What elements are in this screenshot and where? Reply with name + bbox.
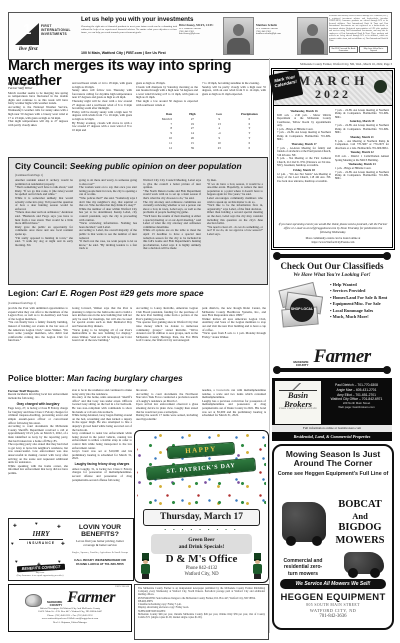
calendar-submission-note: If you have upcoming events you would li… <box>278 223 388 234</box>
basin-web: Web page: basinbrokers.com <box>324 406 389 410</box>
police-text-2a: sion to be in the residence and continue… <box>72 389 132 461</box>
benefit-icon: ♥ <box>11 541 14 546</box>
city-council-article-box: City Council: Seeking public opinion on … <box>8 157 268 285</box>
brand-tagline: live first <box>19 46 37 52</box>
ad-headline: Let us help you with your investments <box>81 16 241 23</box>
farmer-logo-word: Farmer <box>67 591 115 605</box>
heggen-note: Commercial and residential zero-turn mow… <box>280 558 326 577</box>
classifieds-farmer-logo: McKENZIE COUNTY Farmer <box>272 348 392 367</box>
brand-and: And <box>332 511 388 521</box>
community-calendar-box: MARCH 2022 Mark Your Calendars! Wednesda… <box>273 70 393 248</box>
police-subhead-2: Laughy facing felony drug charges <box>72 462 132 466</box>
list-item: 7 p.m. - 24-Hr. AA Group meeting at Nort… <box>335 124 389 134</box>
ad-disclosure-text: Securities and advisory services offered… <box>329 15 388 45</box>
basin-agent-list: Paul Dietrich – 701-770-6308Angie Mae – … <box>324 383 389 410</box>
specials-text: Green Beer and Drink Specials! <box>151 534 252 554</box>
dm-business-name: D & M's Office <box>135 553 268 565</box>
city-council-col-2: going to sit there and worry, is someone… <box>79 179 137 280</box>
calendar-events-left: Wednesday, March 166:00 a.m. - 2:40 p.m.… <box>277 109 331 221</box>
benefit-icon: ✚ <box>13 523 17 529</box>
list-item: 8 p.m. - AA Meeting at Northern Pump & C… <box>335 140 389 150</box>
basin-tagline: YOUR VOICE IN REAL ESTATE <box>275 408 321 410</box>
farmer-logo-word: Farmer <box>313 348 370 365</box>
police-col-1: Farmer Staff Reports Recent incidents in… <box>8 389 68 515</box>
publisher-info-text: The McKenzie County Farmer is an indepen… <box>138 587 265 637</box>
usps-number: USPS 338-500 <box>115 586 129 588</box>
ihry-brand-sub: INSURANCE <box>19 539 63 545</box>
benefit-icon: ♥ <box>35 521 38 526</box>
scroll-bar-top <box>279 254 385 258</box>
newspaper-stack-image: SHOP LOCAL <box>278 282 328 338</box>
agent2-photo <box>297 17 328 55</box>
agent1-meta: LPL Financial Advisor (701) 842-2381 bri… <box>179 28 223 37</box>
ihry-ad-body: Let us find you better pricing, better c… <box>71 540 129 548</box>
farmer-logo: McKENZIE COUNTY Farmer <box>13 589 127 607</box>
calendar-online-note: More community events can be found onlin… <box>278 237 388 245</box>
column-divider <box>269 58 270 633</box>
police-subhead-1: Gray charged with burglary <box>8 402 68 406</box>
list-item: 7 p.m. - 24-Hr. AA Group meeting at Nort… <box>335 171 389 181</box>
weather-table: Date High Low Precipitation March 627907… <box>138 112 266 150</box>
heggen-equipment-ad: Mowing Season Is Just Around The Corner … <box>272 444 394 630</box>
police-col-3: his arrest. According to court documents… <box>136 389 198 427</box>
classified-category: Much, Much More! <box>330 314 390 320</box>
event-date: Thursday, March 17 <box>143 509 260 526</box>
heggen-name: HEGGEN EQUIPMENT <box>274 592 392 603</box>
list-item: 9:45 a.m. - District 1 CattleWomen Annua… <box>335 155 389 162</box>
city-council-kicker: City Council: <box>15 161 67 171</box>
weather-col-2: and northwest winds of 14 to 18 mph, wit… <box>72 82 132 154</box>
disclosure-badge: May Lose Value Not a Deposit <box>359 46 388 53</box>
police-text-2b: Amox Laughy, 31, is facing two Class C F… <box>72 468 132 482</box>
city-council-subtitle: Seeking public opinion on deer populatio… <box>67 161 241 171</box>
scroll-bar-bottom <box>279 368 385 372</box>
heggen-ad-title: Mowing Season Is Just Around The Corner <box>274 450 392 469</box>
list-item: 12 p.m. - "We Are Not Saints" AA Meeting… <box>277 173 331 183</box>
legion-continued-note: (Continued from Page 1) <box>8 302 36 305</box>
shop-local-badge: SHOP LOCAL <box>290 298 314 322</box>
brand-mowers: MOWERS <box>332 534 388 547</box>
agent2-name: Matthew Schultz <box>256 23 277 27</box>
city-council-col-4: by then. "If we do have a bow season, it… <box>207 179 263 280</box>
benefit-icon: ✚ <box>57 524 61 530</box>
classifieds-title: Check Out Our Classifieds <box>272 261 392 271</box>
basin-brokers-logo: Basin Brokers YOUR VOICE IN REAL ESTATE <box>275 381 321 424</box>
newspaper-page: 1 FIRST INTERNATIONAL INVESTMENTS live f… <box>0 0 400 643</box>
ihry-ad-groups: Singles, Spouses, Families, Agriculture … <box>71 551 129 554</box>
ad-footer-address: 100 N Main, Watford City | FIBT.com | Se… <box>81 51 251 55</box>
farmer-logo-county: McKENZIE COUNTY <box>293 361 308 367</box>
brand-bobcat: BOBCAT <box>332 498 388 511</box>
page-identifier: McKenzie County Farmer, Watford City, ND… <box>213 62 392 66</box>
mower-image-small <box>344 552 384 574</box>
ihry-ad-headline: LOVIN YOUR BENEFITS? <box>71 524 129 539</box>
dm-office-ad: HAPPY ST. PATRICK'S DAY Thursday, March … <box>134 430 269 583</box>
list-item: 8 p.m. - NA Meeting at the First Luthera… <box>277 157 331 167</box>
legion-col-1: provide the Post with unlimited opportun… <box>8 307 68 369</box>
agent1-photo <box>223 17 254 55</box>
police-kicker: Police blotter: <box>8 373 65 383</box>
agent2-meta: LPL Financial Advisor (701) 842-2381 mat… <box>256 28 300 37</box>
basin-brand-2: Brokers <box>275 400 321 409</box>
police-intro: Recent incidents involving local law enf… <box>8 393 68 400</box>
ihry-insurance-ad: ✚♥✚♥✚♥✚♥ IHRY INSURANCE BENEFITS CONNECT… <box>8 518 134 581</box>
city-council-col-1: Another resident asked if archery would … <box>15 179 73 280</box>
top-ad-banner: 1 FIRST INTERNATIONAL INVESTMENTS live f… <box>8 12 392 60</box>
contact-line: Neal A. Shipman, Editor/Manager <box>12 621 128 624</box>
legion-col-2: Going forward, Walker says that the Post… <box>72 307 132 369</box>
police-blotter-headline: Police blotter: Man facing burglary char… <box>8 373 266 383</box>
ihry-logo: IHRY INSURANCE <box>19 531 63 545</box>
city-council-col-3: Watford City City Council Meeting, Lebel… <box>143 179 201 280</box>
agent2-info: Matthew SchultzLPL Financial Advisor (70… <box>256 24 300 36</box>
farmer-contact-lines: Official Newspaper Of Watford City And M… <box>12 607 128 624</box>
weather-col-3: gusts as high as 18 mph. Clouds will dis… <box>136 82 198 111</box>
weather-table-row: 1239230 <box>138 146 266 151</box>
heggen-phone: 701-842-3636 <box>274 614 392 619</box>
legion-col-4: park districts, the new Rough Rider Cent… <box>202 307 266 369</box>
service-pill: We Service All Mowers We Sell! <box>280 579 386 589</box>
agent1-name: Brin Chaney, MCFS, CLTC <box>179 23 214 27</box>
police-text-1: Eage Gray, 27, is facing a Class B Felon… <box>8 407 68 475</box>
heggen-street: 805 SOUTH MAIN STREET <box>274 603 392 607</box>
police-col-4: needles, a Coca-Cola can with methamphet… <box>202 389 266 427</box>
brand-name: FIRST INTERNATIONAL INVESTMENTS <box>41 24 81 36</box>
logo-numeral: 1 <box>23 21 31 38</box>
leprechaun-icon <box>139 553 152 579</box>
list-item: 7 p.m. - Al-Anon Meeting for family and … <box>277 147 331 157</box>
dot-divider: • • • • • • • • • <box>135 527 268 532</box>
list-item: 7 p.m. - 24-Hr. AA Group meeting at Nort… <box>277 131 331 141</box>
farmer-masthead-box: USPS 338-500 McKENZIE COUNTY Farmer Offi… <box>8 584 132 632</box>
mower-brands: BOBCAT And BIGDOG MOWERS <box>332 498 388 548</box>
dm-city: Watford City, ND <box>135 572 268 577</box>
classifieds-house-ad: Check Out Our Classifieds We Have What Y… <box>272 252 392 374</box>
calendar-ornament-icon <box>374 80 387 93</box>
weather-col-4: 7 to 10 mph, becoming sunshine in the ev… <box>202 82 266 111</box>
classifieds-bullet-list: Help WantedServices ProvidedHomes/Land F… <box>330 282 390 321</box>
legion-kicker: Legion: <box>8 288 39 298</box>
ihry-brand-name: IHRY <box>19 531 63 538</box>
legion-subtitle: Carl E. Rogen Post #29 gets more space <box>39 288 204 298</box>
basin-properties-tagline: Residential, Land, & Commercial Properti… <box>272 433 392 441</box>
weather-col-1: By Ashleigh Plemper Farmer Staff Writer … <box>8 82 68 154</box>
continued-note: (Continued from Page 1) <box>15 174 43 177</box>
mower-image <box>282 502 326 542</box>
weather-text: March weather seems to be merging late s… <box>8 92 68 128</box>
leprechaun-icon <box>251 553 264 579</box>
legion-headline: Legion: Carl E. Rogen Post #29 gets more… <box>8 288 266 298</box>
basin-info-strip: Full information online at basinbrokers.… <box>272 425 392 432</box>
benefit-icon: ♥ <box>15 559 18 564</box>
police-subtitle: Man facing burglary charges <box>65 373 183 383</box>
ad-body-text: Choosing the right mix of financial prod… <box>81 25 177 49</box>
brand-bigdog: BIGDOG <box>332 521 388 534</box>
ihry-call-to-action: CALL BRADY WEISENBERGER OR DUANE LARCH A… <box>71 559 129 567</box>
dm-phone: Phone 842-4132 <box>135 566 268 571</box>
heggen-city: WATFORD CITY, ND <box>274 608 392 613</box>
list-item: 7 p.m. - 24-Hr. AA Group meeting at Nort… <box>335 109 389 119</box>
publisher-info-box: The McKenzie County Farmer is an indepen… <box>134 584 269 640</box>
basin-brokers-ad: Basin Brokers YOUR VOICE IN REAL ESTATE … <box>272 378 392 441</box>
legion-col-3: According to Lanay Renville, American Le… <box>136 307 198 369</box>
rolled-newspaper-icon <box>25 594 42 607</box>
city-council-headline: City Council: Seeking public opinion on … <box>15 161 261 171</box>
calendar-events-right: 7 p.m. - 24-Hr. AA Group meeting at Nort… <box>335 109 389 221</box>
ihry-web-note: ihry.com (Ihry Insurance is an equal opp… <box>13 571 67 577</box>
police-col-2: sion to be in the residence and continue… <box>72 389 132 515</box>
disclosure-badge: Not FDIC Insured No Bank Guarantee <box>329 46 358 53</box>
heggen-ad-subtitle: Come see Heggen Equipment's Full Line of <box>274 471 392 477</box>
ad-disclosure-badges: Not FDIC Insured No Bank GuaranteeMay Lo… <box>329 46 388 53</box>
weather-table-body: March 627907191308274T914-4T10269T111510… <box>138 117 266 151</box>
classifieds-subtitle: We Have What You're Looking For! <box>272 272 392 278</box>
weather-byline-title: Farmer Staff Writer <box>8 86 68 90</box>
list-item: 6:00 a.m. - 2:40 p.m. - Motor Vehicle De… <box>277 114 331 128</box>
agent1-info: Brin Chaney, MCFS, CLTCLPL Financial Adv… <box>179 24 223 36</box>
